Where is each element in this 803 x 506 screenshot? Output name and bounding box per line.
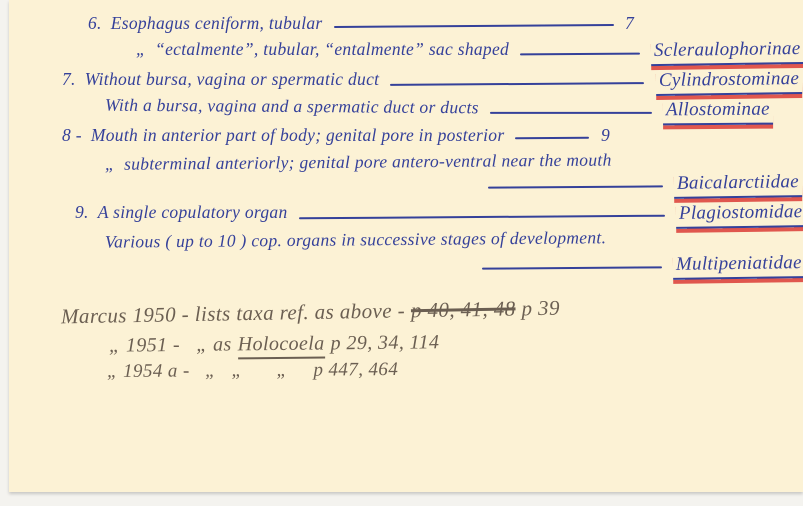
- family-name: Plagiostomidae: [675, 201, 803, 229]
- struck-page-numbers: p 40, 41, 48: [411, 296, 516, 323]
- ditto-mark: „: [105, 154, 115, 175]
- taxon-name: Holocoela: [238, 332, 325, 359]
- leader-line: [299, 215, 665, 220]
- family-name: Multipeniatidae: [673, 252, 803, 280]
- key-line-7b: With a bursa, vagina and a spermatic duc…: [105, 95, 773, 126]
- leader-line: [482, 266, 662, 269]
- key-line-6: 6. Esophagus ceniform, tubular 7: [88, 13, 634, 34]
- couplet-number: 6.: [88, 13, 102, 34]
- reference-note-1950: Marcus 1950 - lists taxa ref. as above -…: [61, 296, 560, 330]
- index-card: 6. Esophagus ceniform, tubular 7 „ “ecta…: [9, 0, 803, 492]
- note-text: „ 1951 - „ as: [109, 333, 232, 357]
- key-line-9b: Various ( up to 10 ) cop. organs in succ…: [105, 226, 705, 252]
- family-name: Baicalarctiidae: [674, 171, 802, 199]
- key-line-8b-target: Baicalarctiidae: [477, 172, 802, 198]
- ditto-mark: „: [136, 39, 146, 60]
- leader-line: [520, 53, 640, 56]
- key-line-9b-target: Multipeniatidae: [471, 253, 803, 279]
- key-text: “ectalmente”, tubular, “entalmente” sac …: [155, 39, 509, 60]
- reference-note-1951: „ 1951 - „ as Holocoela p 29, 34, 114: [109, 331, 440, 360]
- reference-note-1954a: „ 1954 a - „ „ „ p 447, 464: [107, 359, 398, 383]
- couplet-number: 7.: [62, 69, 76, 90]
- key-text: With a bursa, vagina and a spermatic duc…: [105, 95, 479, 119]
- leader-line: [390, 82, 644, 86]
- leader-line: [490, 112, 652, 114]
- key-text: Mouth in anterior part of body; genital …: [91, 125, 505, 146]
- leader-line: [334, 24, 614, 28]
- key-line-7: 7. Without bursa, vagina or spermatic du…: [62, 69, 802, 95]
- key-line-8b: „ subterminal anteriorly; genital pore a…: [105, 148, 773, 175]
- key-text: subterminal anteriorly; genital pore ant…: [124, 149, 612, 174]
- key-text: A single copulatory organ: [98, 202, 288, 223]
- note-text: p 39: [521, 296, 560, 322]
- key-line-8: 8 - Mouth in anterior part of body; geni…: [62, 125, 610, 146]
- key-text: Various ( up to 10 ) cop. organs in succ…: [105, 227, 606, 252]
- ditto-mark: „: [276, 360, 287, 382]
- note-text: p 447, 464: [313, 359, 398, 382]
- key-text: Without bursa, vagina or spermatic duct: [85, 69, 380, 90]
- family-name: Scleraulophorinae: [651, 38, 803, 66]
- key-line-6b: „ “ectalmente”, tubular, “entalmente” sa…: [136, 39, 803, 65]
- key-target: 7: [625, 13, 634, 34]
- couplet-number: 9.: [75, 202, 89, 223]
- note-text: Marcus 1950 - lists taxa ref. as above -: [61, 298, 405, 329]
- scanned-page: 6. Esophagus ceniform, tubular 7 „ “ecta…: [0, 0, 803, 506]
- key-line-9: 9. A single copulatory organ Plagiostomi…: [75, 202, 803, 228]
- key-text: Esophagus ceniform, tubular: [111, 13, 323, 34]
- note-text: p 29, 34, 114: [330, 331, 439, 355]
- note-text: „ 1954 a - „ „: [107, 360, 243, 383]
- leader-line: [488, 185, 663, 188]
- couplet-number: 8 -: [62, 125, 82, 146]
- leader-line: [515, 136, 589, 139]
- family-name: Cylindrostominae: [656, 68, 803, 96]
- family-name: Allostominae: [663, 99, 773, 126]
- key-target: 9: [601, 125, 610, 146]
